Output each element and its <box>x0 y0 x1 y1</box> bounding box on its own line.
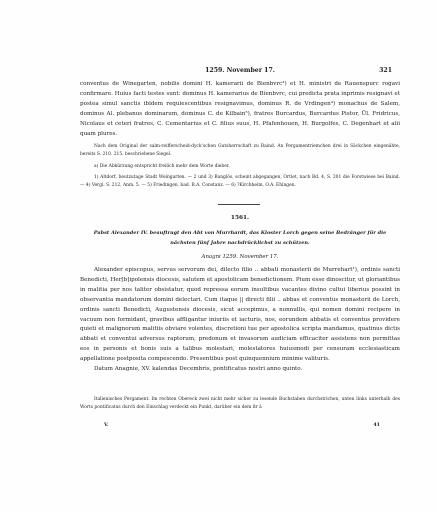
signature-left: V. <box>104 422 109 428</box>
document-source-note-text: Italienisches Pergament. Im rechten Ober… <box>80 396 400 411</box>
document-body: Alexander episcopus, servus servorum dei… <box>80 266 400 375</box>
previous-document-text: conventus de Winegarten, nobilis domini … <box>80 80 400 139</box>
footnote-a-text: a) Die Abkürzung entspricht freilich meh… <box>80 163 400 171</box>
running-header: 1259. November 17. 321 <box>80 67 400 77</box>
document-dating: Datum Anagnie, XV. kalendas Decembris, p… <box>80 365 400 375</box>
document-place-date: Anagni 1259. November 17. <box>80 254 400 260</box>
footnote-a: a) Die Abkürzung entspricht freilich meh… <box>80 163 400 171</box>
numbered-footnotes: 1) Altdorf, heutzutage Stadt Weingarten.… <box>80 174 400 189</box>
document-source-note: Italienisches Pergament. Im rechten Ober… <box>80 396 400 411</box>
previous-source-note: Nach dem Original der salm-reifferscheid… <box>80 143 400 158</box>
document-number: 1561. <box>80 215 400 221</box>
page-number: 321 <box>379 67 392 74</box>
document-body-text: Alexander episcopus, servus servorum dei… <box>80 266 400 365</box>
numbered-footnotes-text: 1) Altdorf, heutzutage Stadt Weingarten.… <box>80 174 400 189</box>
section-divider <box>218 204 260 205</box>
running-title: 1259. November 17. <box>80 67 400 74</box>
document-regest: Pabst Alexander IV. beauftragt den Abt v… <box>86 229 394 248</box>
signature-right: 41 <box>373 422 380 428</box>
previous-document-paragraph: conventus de Winegarten, nobilis domini … <box>80 80 400 139</box>
document-page: 1259. November 17. 321 conventus de Wine… <box>0 0 437 512</box>
source-note-text: Nach dem Original der salm-reifferscheid… <box>80 143 400 158</box>
